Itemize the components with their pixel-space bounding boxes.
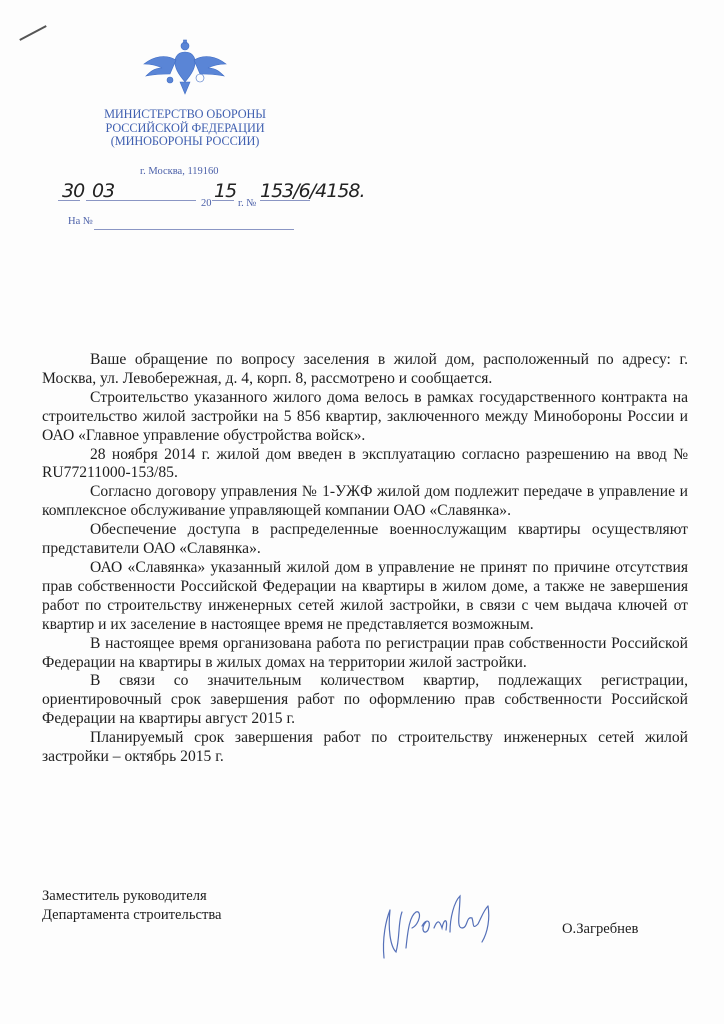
year-suffix: 15 [214,180,236,202]
paragraph: В связи со значительным количеством квар… [42,672,688,729]
signatory-title-line-1: Заместитель руководителя [42,887,222,906]
paragraph: Обеспечение доступа в распределенные вое… [42,521,688,559]
outgoing-number: 153/6/4158. [260,180,365,202]
org-line-1: МИНИСТЕРСТВО ОБОРОНЫ [90,108,280,122]
date-number-line: 30 03 20 15 г. № 153/6/4158. [66,182,366,206]
double-headed-eagle-emblem [140,38,230,96]
date-month: 03 [92,180,114,202]
signatory-title-line-2: Департамента строительства [42,906,222,925]
ministry-letterhead: МИНИСТЕРСТВО ОБОРОНЫ РОССИЙСКОЙ ФЕДЕРАЦИ… [90,108,280,149]
paragraph: В настоящее время организована работа по… [42,635,688,673]
paragraph: ОАО «Славянка» указанный жилой дом в упр… [42,559,688,635]
paragraph: Согласно договору управления № 1-УЖФ жил… [42,483,688,521]
org-line-2: РОССИЙСКОЙ ФЕДЕРАЦИИ [90,122,280,136]
paragraph: Ваше обращение по вопросу заселения в жи… [42,351,688,389]
handwritten-signature [376,888,526,968]
paragraph: Строительство указанного жилого дома вел… [42,389,688,446]
number-label: г. № [238,198,256,209]
paragraph: 28 ноября 2014 г. жилой дом введен в экс… [42,446,688,484]
city-address: г. Москва, 119160 [140,166,219,177]
paragraph: Планируемый срок завершения работ по стр… [42,729,688,767]
signatory-name: О.Загребнев [562,921,638,938]
letter-body: Ваше обращение по вопросу заселения в жи… [42,351,688,767]
pen-mark [19,25,46,41]
reply-to-line [94,229,294,230]
org-line-3: (МИНОБОРОНЫ РОССИИ) [90,135,280,149]
signatory-title: Заместитель руководителя Департамента ст… [42,887,222,925]
year-prefix: 20 [201,198,212,209]
date-day: 30 [62,180,84,202]
reply-to-label: На № [68,216,93,227]
